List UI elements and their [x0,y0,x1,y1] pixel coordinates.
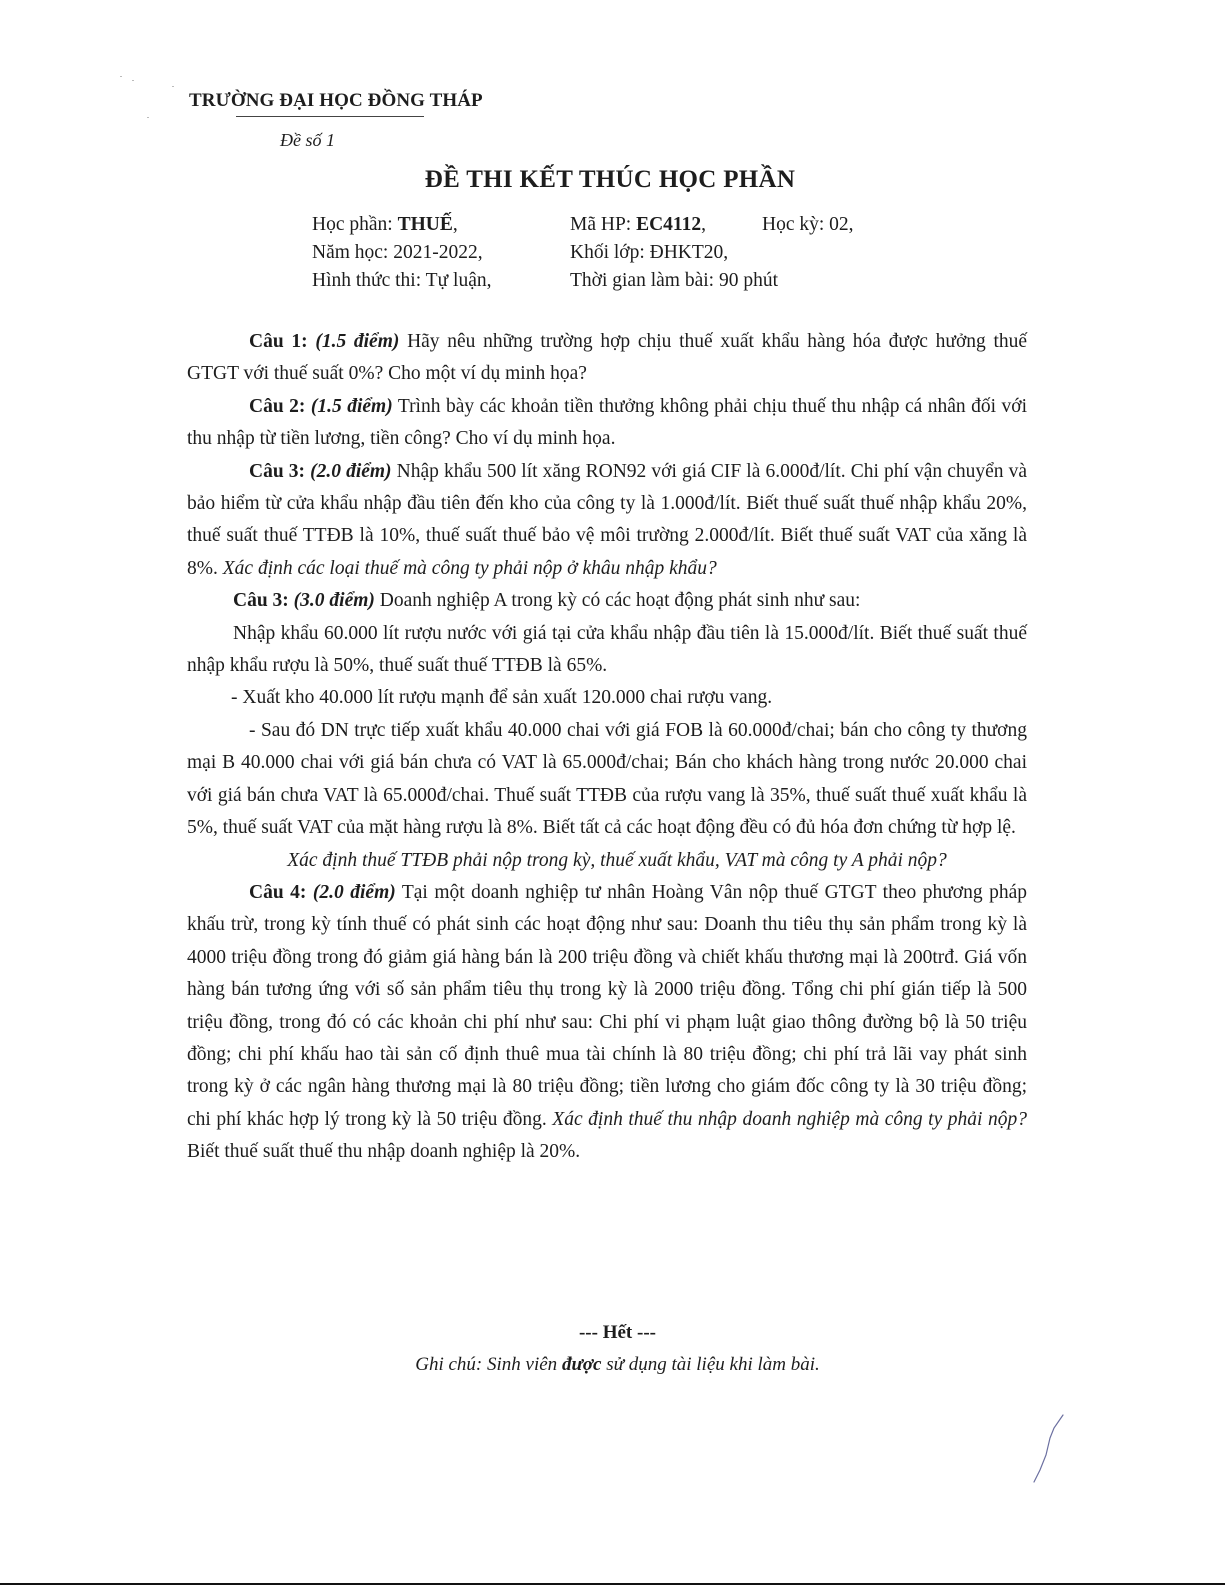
note-bold: được [562,1354,602,1375]
course-suffix: , [453,214,458,235]
question-3b-task: Xác định thuế TTĐB phải nộp trong kỳ, th… [187,845,1027,877]
question-label: Câu 1: [249,331,308,352]
scan-speck [147,117,149,118]
question-text: Hãy nêu những trường hợp chịu thuế xuất … [187,331,1027,384]
school-underline [236,116,424,117]
code-label: Mã HP: [570,214,636,235]
question-tail: Biết thuế suất thuế thu nhập doanh nghiệ… [187,1141,580,1162]
footer-note: Ghi chú: Sinh viên được sử dụng tài liệu… [0,1354,1225,1376]
question-task: Xác định các loại thuế mà công ty phải n… [223,558,717,579]
question-text: Doanh nghiệp A trong kỳ có các hoạt động… [375,590,861,611]
exam-title-text: ĐỀ THI KẾT THÚC HỌC PHẦN [425,166,795,193]
question-3b: Câu 3: (3.0 điểm) Doanh nghiệp A trong k… [187,585,1027,617]
note-prefix: Ghi chú: Sinh viên [415,1354,562,1375]
scan-speck [120,76,122,77]
question-label: Câu 3: [249,461,305,482]
question-points: (1.5 điểm) [315,331,399,352]
exam-page: TRƯỜNG ĐẠI HỌC ĐỒNG THÁP Đề số 1 ĐỀ THI … [0,0,1225,1585]
question-1: Câu 1: (1.5 điểm) Hãy nêu những trường h… [187,326,1027,391]
pen-mark-icon [1020,1410,1070,1490]
question-points: (2.0 điểm) [310,461,391,482]
course-label: Học phần: [312,214,398,235]
format-field: Hình thức thi: Tự luận, [312,267,491,295]
note-suffix: sử dụng tài liệu khi làm bài. [601,1354,819,1375]
question-points: (2.0 điểm) [313,882,396,903]
exam-number: Đề số 1 [280,130,335,151]
scan-speck [172,86,174,87]
year-field: Năm học: 2021-2022, [312,239,483,267]
question-label: Câu 4: [249,882,306,903]
question-3a: Câu 3: (2.0 điểm) Nhập khẩu 500 lít xăng… [187,456,1027,586]
school-name: TRƯỜNG ĐẠI HỌC ĐỒNG THÁP [189,90,483,112]
question-label: Câu 3: [233,590,289,611]
question-text: Tại một doanh nghiệp tư nhân Hoàng Vân n… [187,882,1027,1130]
question-3b-bullet-2: - Sau đó DN trực tiếp xuất khẩu 40.000 c… [187,715,1027,845]
code-suffix: , [701,214,706,235]
end-marker: --- Hết --- [0,1322,1225,1344]
question-task: Xác định thuế thu nhập doanh nghiệp mà c… [552,1109,1027,1130]
question-points: (3.0 điểm) [294,590,375,611]
class-field: Khối lớp: ĐHKT20, [570,239,728,267]
question-4: Câu 4: (2.0 điểm) Tại một doanh nghiệp t… [187,877,1027,1169]
scan-speck [132,80,134,81]
question-points: (1.5 điểm) [311,396,393,417]
question-2: Câu 2: (1.5 điểm) Trình bày các khoản ti… [187,391,1027,456]
code-value: EC4112 [636,214,701,235]
duration-field: Thời gian làm bài: 90 phút [570,267,778,295]
exam-body: Câu 1: (1.5 điểm) Hãy nêu những trường h… [187,326,1027,1169]
question-3b-para: Nhập khẩu 60.000 lít rượu nước với giá t… [187,618,1027,683]
question-3b-bullet-1: - Xuất kho 40.000 lít rượu mạnh để sản x… [187,682,1027,714]
exam-title: ĐỀ THI KẾT THÚC HỌC PHẦN [0,166,1225,194]
question-label: Câu 2: [249,396,305,417]
course-field: Học phần: THUẾ, [312,211,458,239]
code-field: Mã HP: EC4112, [570,211,706,239]
course-value: THUẾ [398,214,453,235]
semester-field: Học kỳ: 02, [762,211,854,239]
